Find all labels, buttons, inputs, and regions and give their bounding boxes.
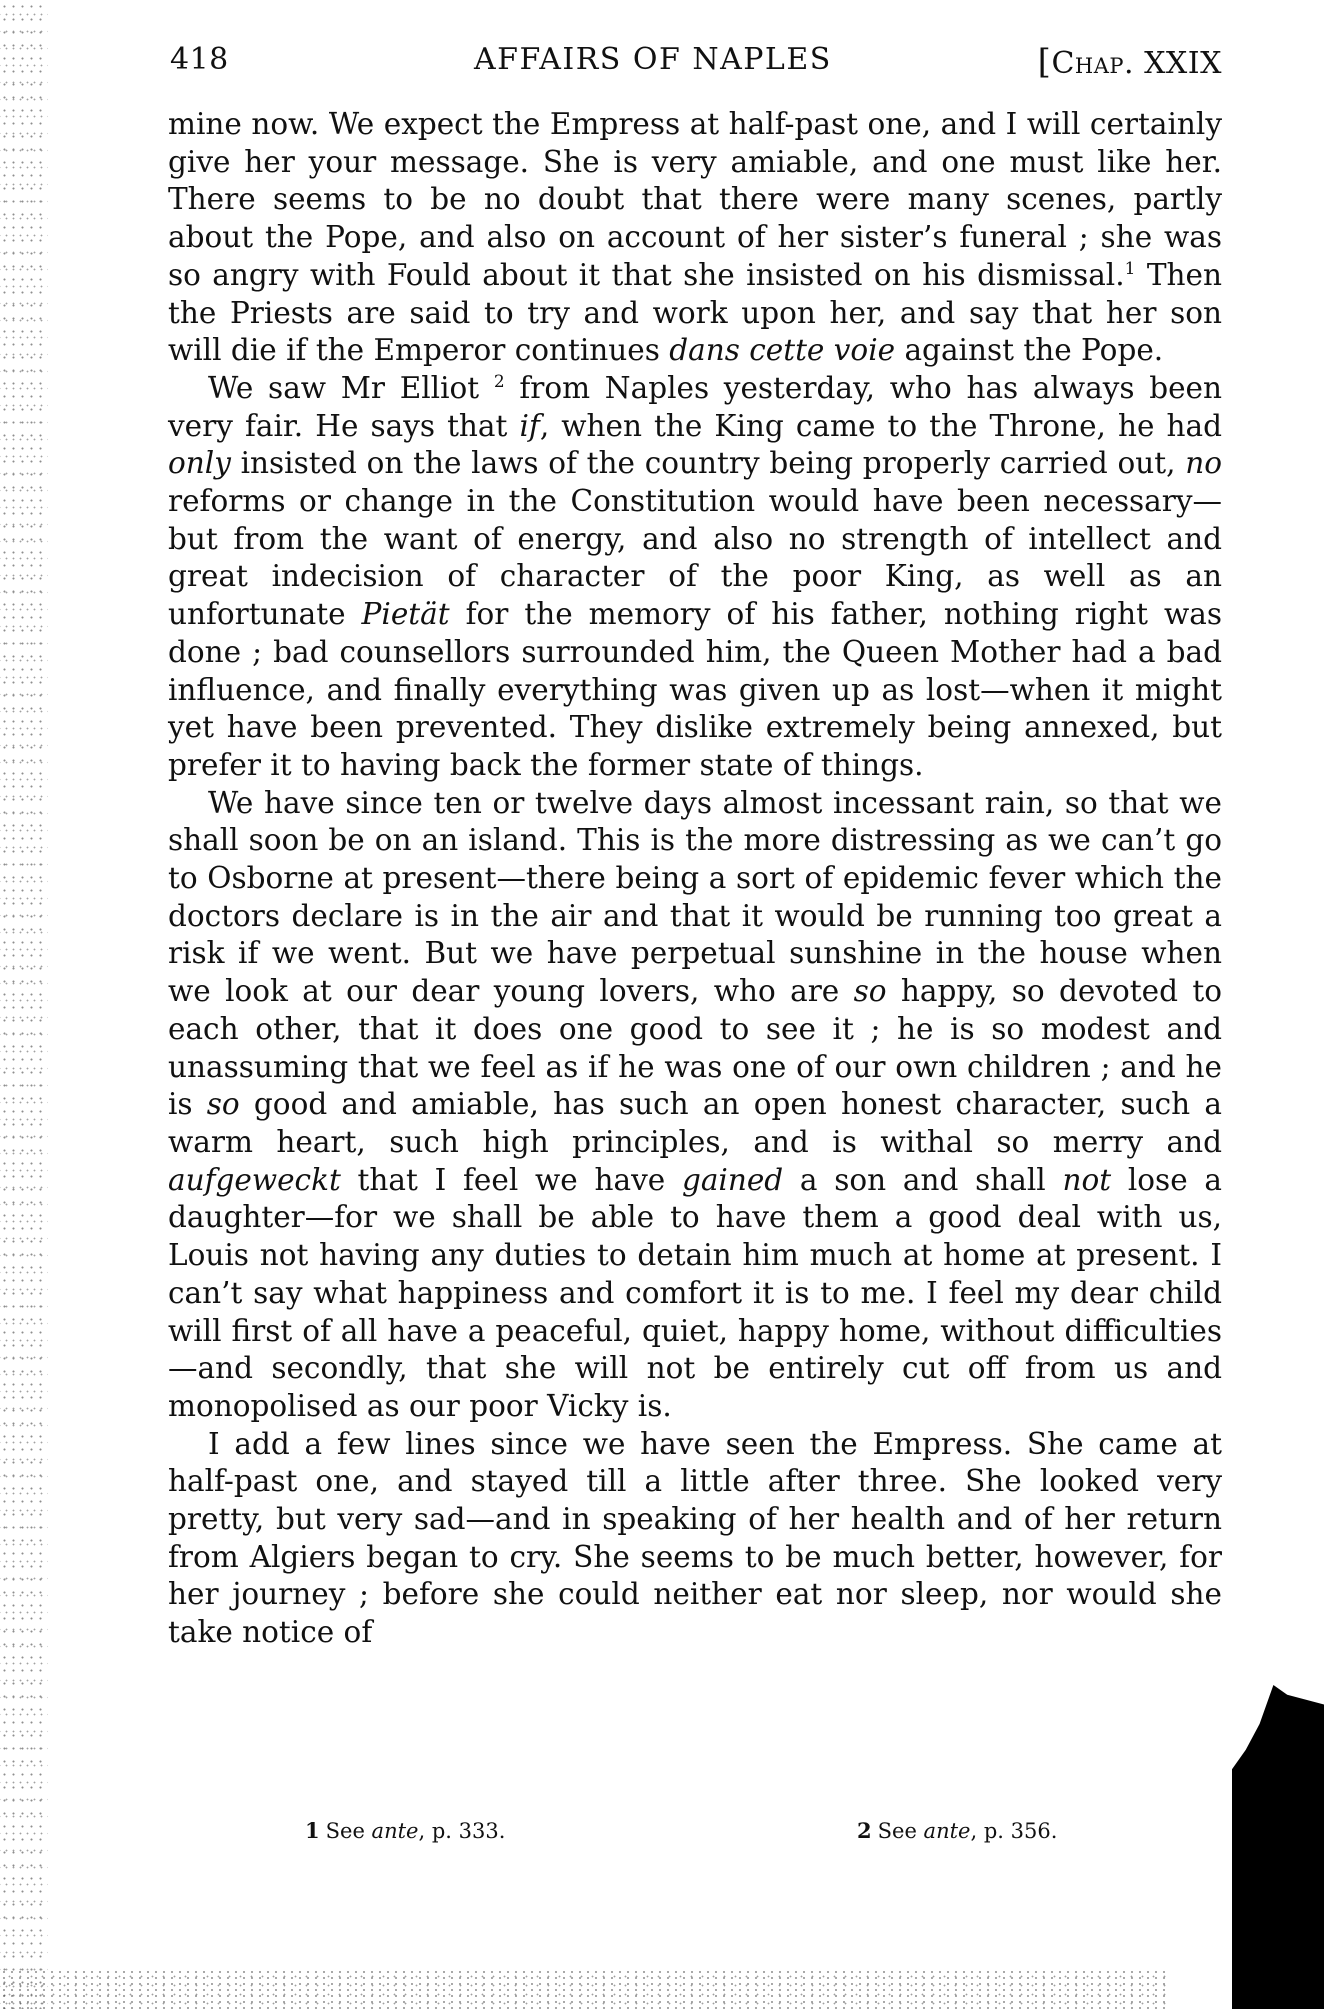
- italic-text: dans cette voie: [669, 333, 895, 367]
- footnote-ref: 2: [494, 372, 505, 392]
- footnote-suffix: , p. 333.: [418, 1819, 505, 1843]
- footnote-italic: ante: [372, 1819, 419, 1843]
- footnote-suffix: , p. 356.: [970, 1819, 1057, 1843]
- footnote-prefix: See: [878, 1819, 924, 1843]
- chapter-text: Chap. XXIX: [1051, 46, 1222, 81]
- italic-text: only: [168, 446, 231, 480]
- paragraph: We saw Mr Elliot 2 from Naples yesterday…: [168, 370, 1222, 785]
- paragraph: mine now. We expect the Empress at half-…: [168, 106, 1222, 370]
- footnote-ref: 1: [1125, 259, 1136, 279]
- text-run: lose a daughter—for we shall be able to …: [168, 1163, 1222, 1423]
- italic-text: aufgeweckt: [168, 1163, 341, 1197]
- italic-text: not: [1062, 1163, 1111, 1197]
- footnote-prefix: See: [326, 1819, 372, 1843]
- text-run: , when the King came to the Throne, he h…: [540, 409, 1222, 443]
- italic-text: no: [1185, 446, 1222, 480]
- page-header: 418 AFFAIRS OF NAPLES [Chap. XXIX: [168, 42, 1222, 82]
- text-run: a son and shall: [783, 1163, 1062, 1197]
- footnote-1: 1See ante, p. 333.: [305, 1818, 505, 1843]
- footnote-italic: ante: [924, 1819, 971, 1843]
- scan-noise-bottom-margin: [0, 1969, 1170, 2009]
- italic-text: so: [854, 974, 887, 1008]
- body-text: mine now. We expect the Empress at half-…: [168, 106, 1222, 1652]
- footnotes: 1See ante, p. 333. 2See ante, p. 356.: [0, 1818, 1324, 1848]
- chapter-label: [Chap. XXIX: [1038, 42, 1222, 82]
- text-run: We saw Mr Elliot: [208, 371, 494, 405]
- italic-text: Pietät: [362, 597, 450, 631]
- footnote-number: 1: [305, 1818, 320, 1843]
- text-run: that I feel we have: [341, 1163, 682, 1197]
- chapter-bracket: [: [1038, 42, 1052, 82]
- text-run: insisted on the laws of the country bein…: [231, 446, 1185, 480]
- paragraph: We have since ten or twelve days almost …: [168, 785, 1222, 1426]
- italic-text: so: [207, 1087, 240, 1121]
- running-title: AFFAIRS OF NAPLES: [474, 42, 832, 77]
- text-run: good and amiable, has such an open hones…: [168, 1087, 1222, 1159]
- footnote-number: 2: [857, 1818, 872, 1843]
- text-run: I add a few lines since we have seen the…: [168, 1427, 1222, 1650]
- page-number: 418: [170, 42, 229, 77]
- text-run: against the Pope.: [895, 333, 1163, 367]
- paragraph: I add a few lines since we have seen the…: [168, 1426, 1222, 1652]
- footnote-2: 2See ante, p. 356.: [857, 1818, 1057, 1843]
- italic-text: gained: [682, 1163, 783, 1197]
- italic-text: if: [519, 409, 539, 443]
- scan-noise-left-margin: [0, 0, 48, 2009]
- text-run: mine now. We expect the Empress at half-…: [168, 107, 1222, 292]
